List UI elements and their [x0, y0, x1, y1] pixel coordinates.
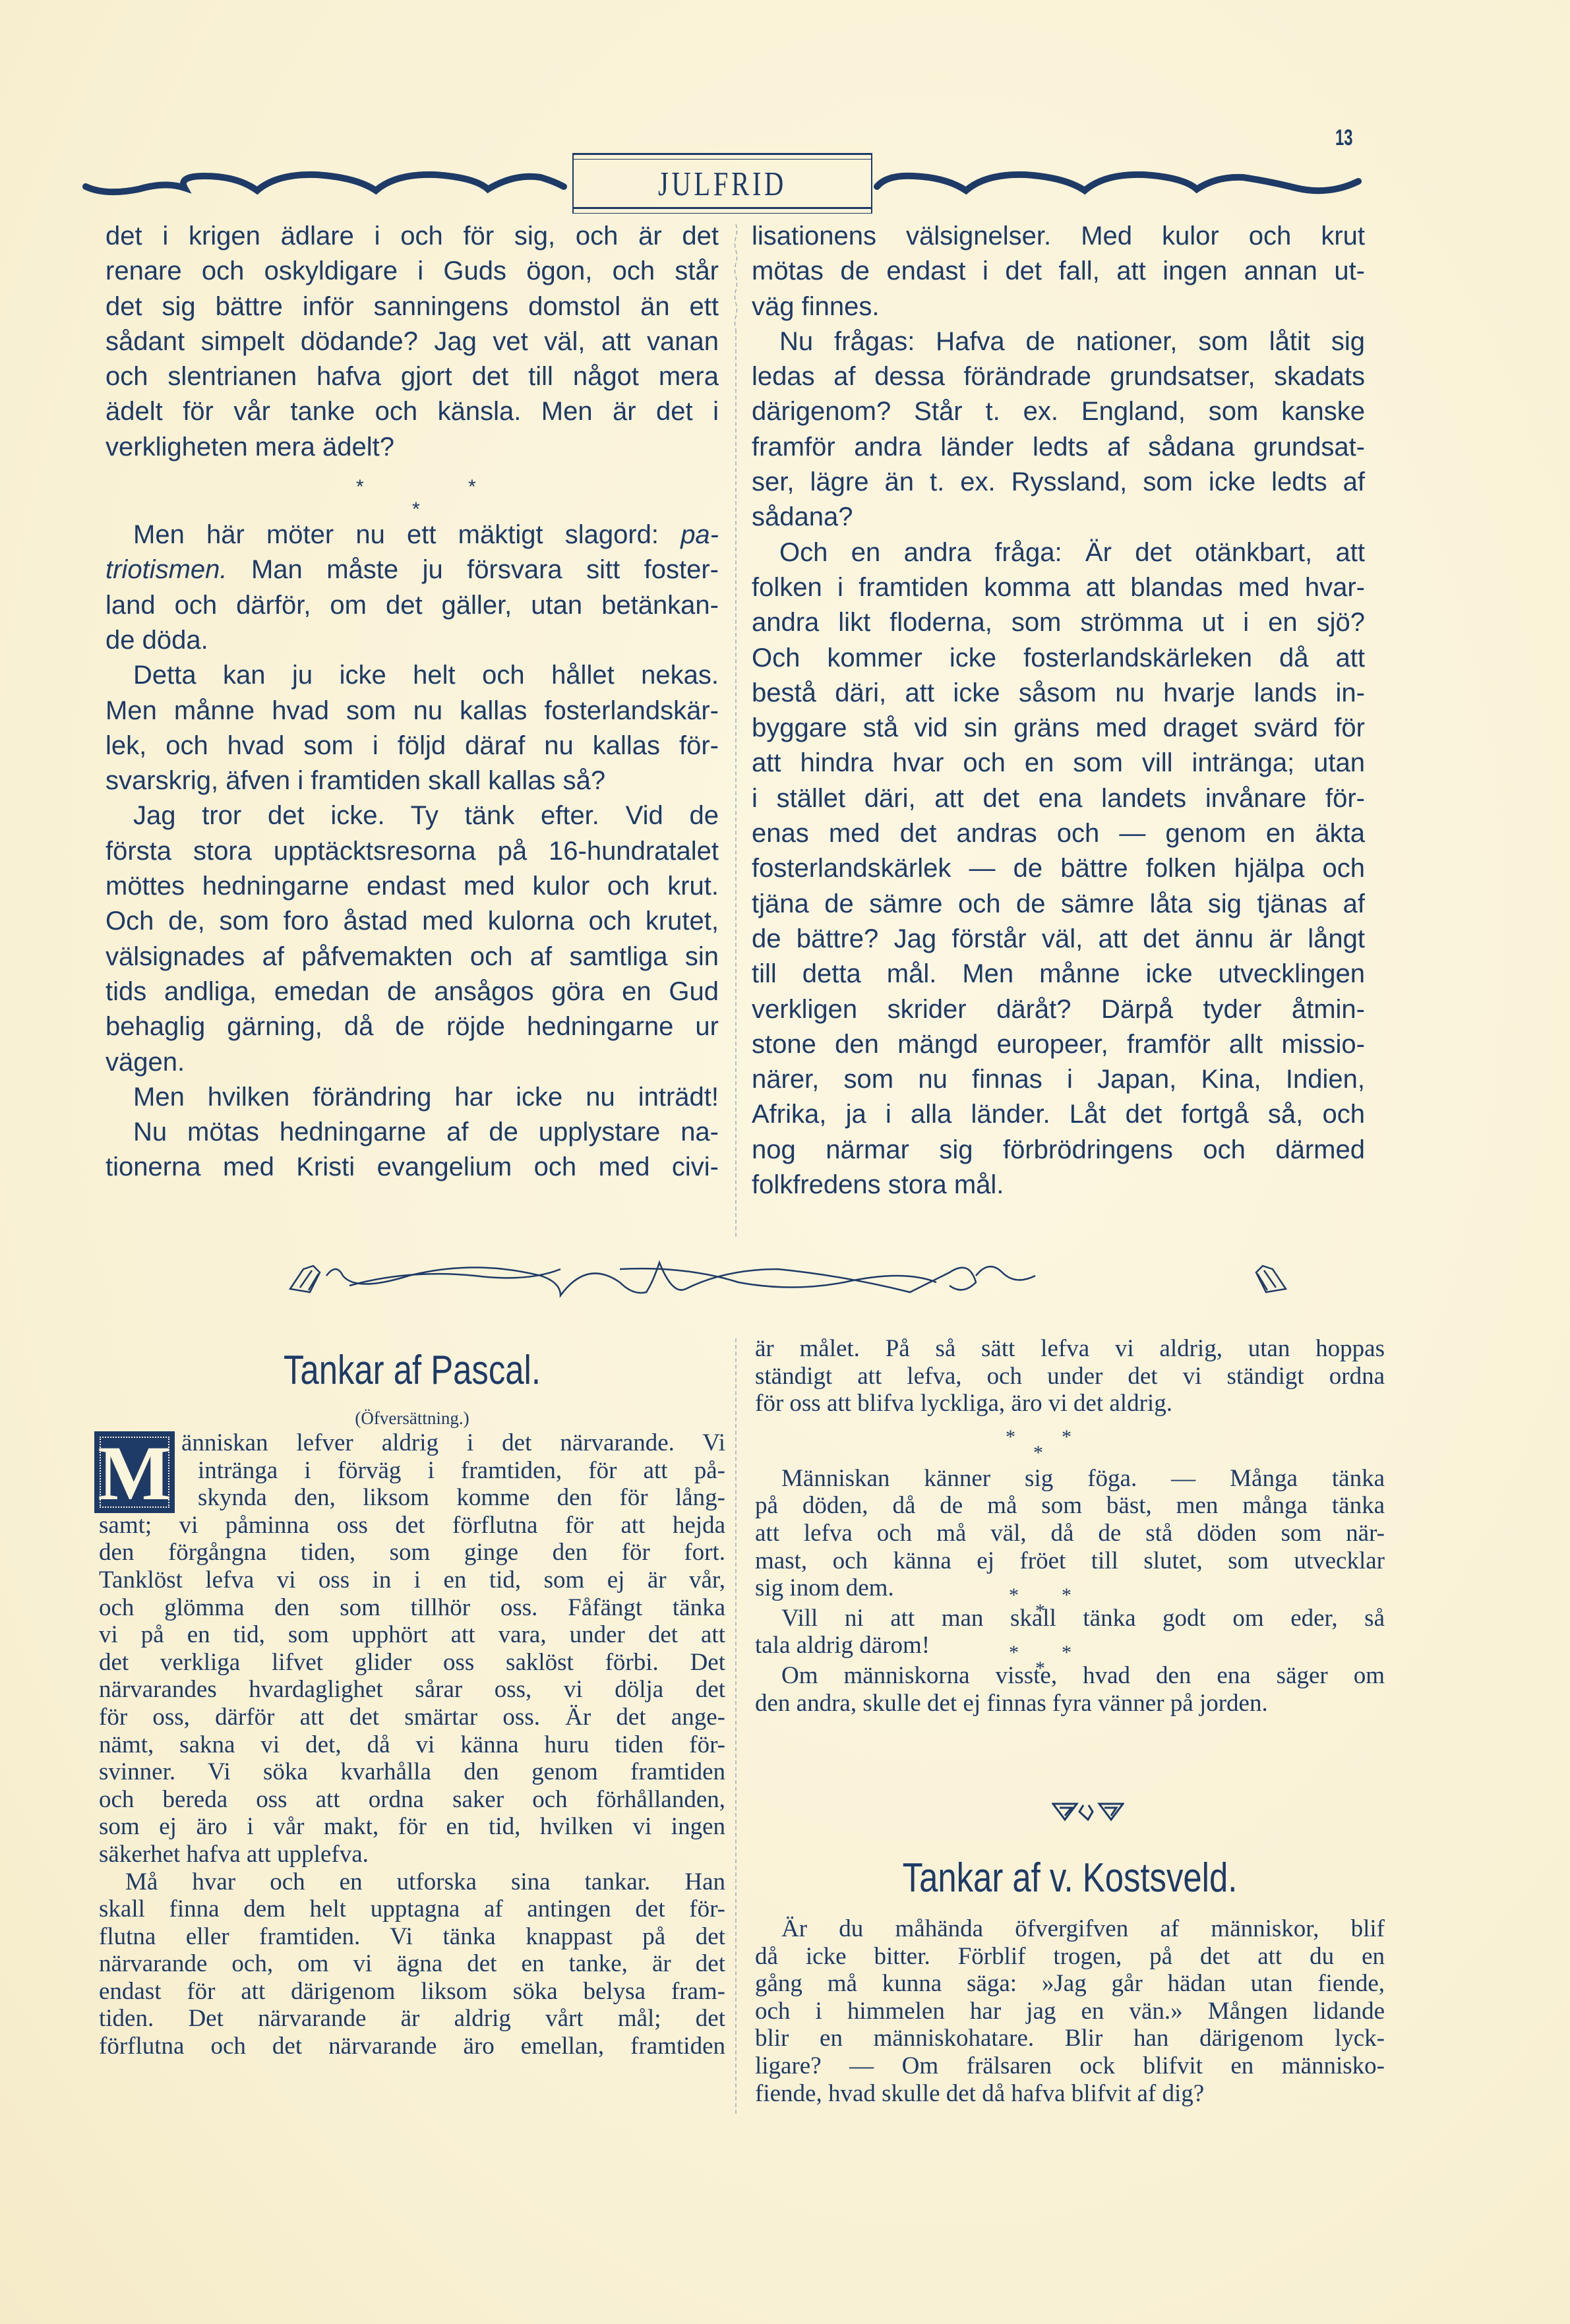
asterisk-icon: * — [1009, 1578, 1019, 1612]
text-line: Jag tror det icke. Ty tänk efter. Vid de — [106, 798, 719, 833]
text-line: lisationens välsignelser. Med kulor och … — [752, 219, 1365, 254]
asterisk-icon: * — [1006, 1420, 1015, 1454]
text-line: på döden, då de må som bäst, men många t… — [755, 1492, 1385, 1520]
text-line: den andra, skulle det ej finnas fyra vän… — [755, 1690, 1385, 1717]
column-divider — [733, 1338, 739, 2116]
text-line: vägen. — [106, 1045, 719, 1080]
text-line: Människan känner sig föga. — Många tänka — [755, 1465, 1385, 1493]
text-line: flutna eller framtiden. Vi tänka knappas… — [99, 1923, 725, 1951]
text-line: Och de, som foro åstad med kulorna och k… — [106, 904, 719, 939]
text-line: och i himmelen har jag en vän.» Mången l… — [755, 1998, 1385, 2025]
header-ornament-right — [874, 162, 1362, 201]
page-number: 13 — [1335, 125, 1352, 151]
article-column-kostsveld: Är du måhända öfvergifven af människor, … — [755, 1915, 1385, 2107]
text-line: stone den mängd europeer, framför allt m… — [752, 1027, 1365, 1062]
text-line: svarskrig, äfven i framtiden skall kalla… — [106, 763, 719, 798]
masthead-title: JULFRID — [607, 165, 839, 204]
text-line: och slentrianen hafva gjort det till någ… — [106, 359, 719, 394]
column-divider — [733, 224, 739, 1239]
text-line: nog närmar sig förbrödringens och därmed — [752, 1133, 1365, 1168]
text-line: sådana? — [752, 500, 1365, 535]
asterism-separator: * * * — [106, 465, 719, 518]
text-line: förflutna och det närvarande äro emellan… — [99, 2033, 725, 2060]
header-ornament-left — [79, 162, 567, 201]
text-line: närer, som nu finnas i Japan, Kina, Indi… — [752, 1062, 1365, 1097]
text-line: enas med det andras och — genom en äkta — [752, 816, 1365, 851]
text-line: inträngа i förväg i framtiden, för att p… — [198, 1457, 725, 1485]
text-line: tionerna med Kristi evangelium och med c… — [106, 1150, 719, 1185]
text-line: triotismen. Man måste ju försvara sitt f… — [106, 552, 719, 587]
text-line: folkfredens stora mål. — [752, 1168, 1365, 1203]
text-line: till detta mål. Men månne icke utvecklin… — [752, 957, 1365, 992]
text-line: Men hvilken förändring har icke nu inträ… — [106, 1080, 719, 1115]
asterisk-icon: * — [468, 470, 476, 504]
text-line: närvarande och, om vi ägna det en tanke,… — [99, 1950, 725, 1978]
asterisk-icon: * — [1062, 1636, 1072, 1669]
text-line: Men månne hvad som nu kallas fosterlands… — [106, 694, 719, 729]
text-line: Och kommer icke fosterlandskärleken då a… — [752, 641, 1365, 676]
text-line: Och en andra fråga: Är det otänkbart, at… — [752, 535, 1365, 570]
text-line: Nu frågas: Hafva de nationer, som låtit … — [752, 324, 1365, 359]
text-line: fosterlandskärlek — de bättre folken hjä… — [752, 851, 1365, 886]
text-line: för oss att blifva lyckliga, äro vi det … — [755, 1390, 1385, 1417]
text-line: fiende, hvad skulle det då hafva blifvit… — [755, 2080, 1385, 2108]
text-line: endast för att därigenom liksom söka bel… — [99, 1978, 725, 2006]
text-line: Afrika, ja i alla länder. Låt det fortgå… — [752, 1097, 1365, 1132]
text-line: säkerhet hafva att upplefva. — [99, 1841, 725, 1868]
text-line: och glömma den som tillhör oss. Fåfängt … — [99, 1594, 725, 1622]
asterisk-icon: * — [1035, 1594, 1045, 1628]
asterism-separator: * * * — [755, 1578, 1385, 1605]
text-line: folken i framtiden komma att blandas med… — [752, 570, 1365, 605]
text-line: det sig bättre inför sanningens domstol … — [106, 289, 719, 324]
asterisk-icon: * — [1062, 1420, 1072, 1454]
text-line: det i krigen ädlare i och för sig, och ä… — [106, 219, 719, 254]
text-line: för oss, därför att det smärtar oss. Är … — [99, 1704, 725, 1731]
text-line: tjäna de sämre och de sämre låta sig tjä… — [752, 887, 1365, 922]
text-line: välsignades af påfvemakten och af samtli… — [106, 939, 719, 974]
text-line: sådant simpelt dödande? Jag vet väl, att… — [106, 324, 719, 359]
text-line: framför andra länder ledts af sådana gru… — [752, 430, 1365, 465]
text-line: verkligheten mera ädelt? — [106, 430, 719, 465]
text-line: lek, och hvad som i följd däraf nu kalla… — [106, 729, 719, 763]
text-line: andra likt floderna, som strömma ut i en… — [752, 605, 1365, 640]
text-line: skall finna dem helt upptagna af antinge… — [99, 1895, 725, 1923]
text-line: att lefva och må väl, då de stå döden so… — [755, 1520, 1385, 1547]
text-line: ligare? — Om frälsaren ock blifvit en mä… — [755, 2052, 1385, 2080]
text-line: renare och oskyldigare i Guds ögon, och … — [106, 254, 719, 289]
magazine-page: JULFRID 13 det i krigen ädlare i och för… — [0, 0, 1570, 2324]
text-line: bestå däri, att icke såsom nu hvarje lan… — [752, 676, 1365, 711]
text-line: svinner. Vi söka kvarhålla den genom fra… — [99, 1758, 725, 1786]
drop-cap-lines: änniskan lefver aldrig i det närvarande.… — [99, 1429, 725, 1512]
text-line: skynda den, liksom komme den för lång- — [198, 1484, 725, 1512]
text-line: ädelt för vår tanke och känsla. Men är d… — [106, 394, 719, 429]
article-subtitle: (Öfversättning.) — [99, 1408, 725, 1429]
asterisk-icon: * — [412, 492, 420, 526]
text-line: att hindra hvar och en som vill inträngа… — [752, 746, 1365, 781]
asterisk-icon: * — [1009, 1636, 1019, 1669]
text-line: Nu mötas hedningarne af de upplystare na… — [106, 1115, 719, 1150]
asterisk-icon: * — [356, 470, 364, 504]
text-line: i stället däri, att det ena landets invå… — [752, 781, 1365, 816]
text-line: behaglig gärning, då de röjde hedningarn… — [106, 1009, 719, 1044]
text-line: närvarandes hvardaglighet sårar oss, vi … — [99, 1676, 725, 1704]
small-divider-ornament — [1052, 1801, 1124, 1824]
article-column-top-left: det i krigen ädlare i och för sig, och ä… — [106, 219, 719, 1185]
asterism-separator: * * * — [755, 1417, 1385, 1465]
text-line: då icke bitter. Förblif trogen, på det a… — [755, 1943, 1385, 1971]
text-line: mötas de endast i det fall, att ingen an… — [752, 254, 1365, 289]
asterisk-icon: * — [1062, 1578, 1072, 1612]
text-line: Må hvar och en utforska sina tankar. Han — [99, 1868, 725, 1896]
text-line: de döda. — [106, 623, 719, 658]
text-line: samt; vi påminna oss det förflutna för a… — [99, 1512, 725, 1539]
text-line: byggare stå vid sin gräns med draget svä… — [752, 711, 1365, 746]
text-line: Tanklöst lefva vi oss in i en tid, som e… — [99, 1566, 725, 1594]
text-line: som ej äro i vår makt, för en tid, hvilk… — [99, 1813, 725, 1841]
text-line: därigenom? Står t. ex. England, som kans… — [752, 394, 1365, 429]
text-line: nämt, sakna vi det, då vi känna huru tid… — [99, 1731, 725, 1759]
text-line: de bättre? Jag förstår väl, att det ännu… — [752, 922, 1365, 957]
article-title-pascal: Tankar af Pascal. — [156, 1347, 669, 1394]
article-column-bottom-left: änniskan lefver aldrig i det närvarande.… — [99, 1429, 725, 2060]
text-line: Detta kan ju icke helt och hållet nekas. — [106, 658, 719, 693]
text-line: den förgångna tiden, som ginge den för f… — [99, 1539, 725, 1566]
text-line: möttes hedningarne endast med kulor och … — [106, 869, 719, 904]
article-column-bottom-right: är målet. På så sätt lefva vi aldrig, ut… — [755, 1335, 1385, 1717]
text-line: tids andliga, emedan de ansågos göra en … — [106, 974, 719, 1009]
text-line: det verkliga lifvet glider oss saklöst f… — [99, 1649, 725, 1677]
text-line: och bereda oss att ordna saker och förhå… — [99, 1786, 725, 1814]
text-line: ständigt att lefva, och under det vi stä… — [755, 1363, 1385, 1390]
text-line: första stora upptäcktsresorna på 16-hund… — [106, 834, 719, 869]
asterisk-icon: * — [1035, 1652, 1045, 1685]
text-line: land och därför, om det gäller, utan bet… — [106, 588, 719, 623]
article-title-kostsveld: Tankar af v. Kostsveld. — [812, 1855, 1328, 1901]
text-line: vi på en tid, som upphört att vara, unde… — [99, 1621, 725, 1649]
text-line: väg finnes. — [752, 289, 1365, 324]
asterism-separator: * * * — [755, 1636, 1385, 1662]
asterisk-icon: * — [1033, 1436, 1043, 1470]
section-divider-ornament — [277, 1256, 1299, 1302]
text-line: mast, och känna ej fröet till slutet, so… — [755, 1547, 1385, 1575]
text-line: gång må kunna säga: »Jag går hädan utan … — [755, 1970, 1385, 1998]
text-line: verkligen skrider däråt? Därpå tyder åtm… — [752, 992, 1365, 1027]
text-line: Är du måhända öfvergifven af människor, … — [755, 1915, 1385, 1943]
masthead-box: JULFRID — [572, 153, 872, 214]
text-line: blir en människohatare. Blir han därigen… — [755, 2025, 1385, 2052]
text-line: är målet. På så sätt lefva vi aldrig, ut… — [755, 1335, 1385, 1363]
text-line: tiden. Det närvarande är aldrig vårt mål… — [99, 2005, 725, 2033]
text-line: änniskan lefver aldrig i det närvarande.… — [181, 1429, 725, 1457]
article-column-top-right: lisationens välsignelser. Med kulor och … — [752, 219, 1365, 1203]
text-line: ledas af dessa förändrade grundsatser, s… — [752, 359, 1365, 394]
text-line: ser, lägre än t. ex. Ryssland, som icke … — [752, 465, 1365, 500]
